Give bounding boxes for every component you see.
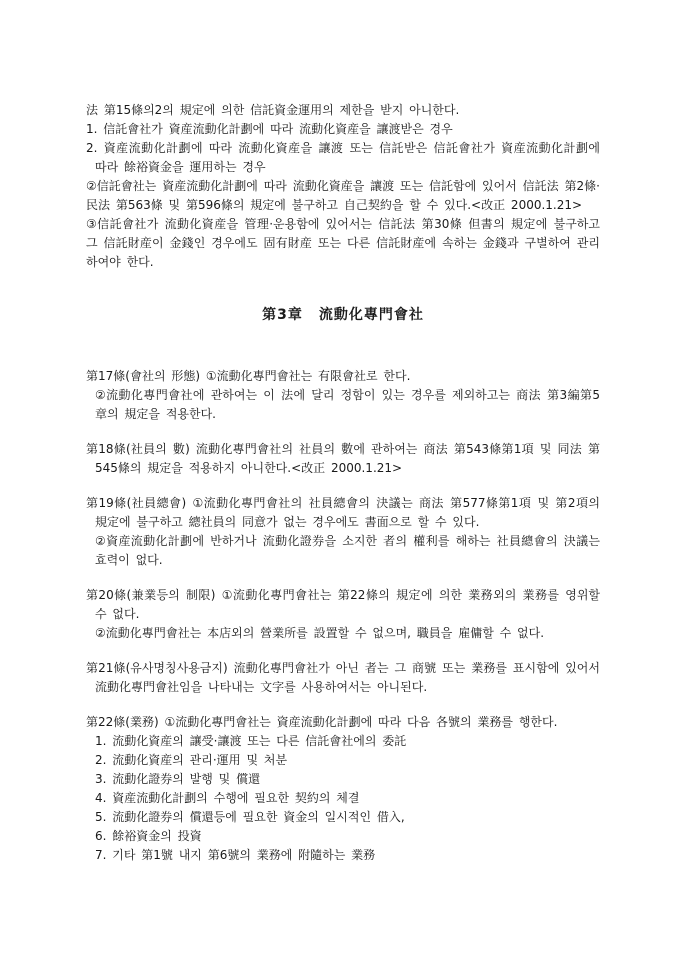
- intro-closing-line: 法 第15條의2의 規定에 의한 信託資金運用의 제한을 받지 아니한다.: [86, 101, 600, 120]
- chapter-heading: 第3章流動化專門會社: [86, 306, 600, 325]
- article-22-item-3: 3. 流動化證券의 발행 및 償還: [95, 770, 600, 789]
- article-17-clause-1: 第17條(會社의 形態) ①流動化專門會社는 有限會社로 한다.: [86, 367, 600, 386]
- article-18: 第18條(社員의 數) 流動化專門會社의 社員의 數에 관하여는 商法 第543…: [86, 440, 600, 478]
- article-22-item-1: 1. 流動化資産의 讓受·讓渡 또는 다른 信託會社에의 委託: [95, 732, 600, 751]
- article-21: 第21條(유사명칭사용금지) 流動化專門會社가 아닌 者는 그 商號 또는 業務…: [86, 659, 600, 697]
- article-20-clause-2: ②流動化專門會社는 本店외의 營業所를 設置할 수 없으며, 職員을 雇傭할 수…: [95, 624, 600, 643]
- intro-item-1: 1. 信託會社가 資産流動化計劃에 따라 流動化資産을 讓渡받은 경우: [86, 120, 600, 139]
- article-20-clause-1: 第20條(兼業등의 制限) ①流動化專門會社는 第22條의 規定에 의한 業務외…: [86, 586, 600, 624]
- article-19-clause-2: ②資産流動化計劃에 반하거나 流動化證券을 소지한 者의 權利를 해하는 社員總…: [95, 532, 600, 570]
- article-22-item-2: 2. 流動化資産의 관리·運用 및 처분: [95, 751, 600, 770]
- law-document-page: 法 第15條의2의 規定에 의한 信託資金運用의 제한을 받지 아니한다. 1.…: [86, 101, 600, 865]
- article-19-clause-1: 第19條(社員總會) ①流動化專門會社의 社員總會의 決議는 商法 第577條第…: [86, 494, 600, 532]
- article-20: 第20條(兼業등의 制限) ①流動化專門會社는 第22條의 規定에 의한 業務외…: [86, 586, 600, 643]
- article-21-text: 第21條(유사명칭사용금지) 流動化專門會社가 아닌 者는 그 商號 또는 業務…: [86, 659, 600, 697]
- chapter-number: 第3章: [262, 307, 303, 323]
- article-22-item-list: 1. 流動化資産의 讓受·讓渡 또는 다른 信託會社에의 委託 2. 流動化資産…: [86, 732, 600, 865]
- article-22-item-4: 4. 資産流動化計劃의 수행에 필요한 契約의 체결: [95, 789, 600, 808]
- article-18-text: 第18條(社員의 數) 流動化專門會社의 社員의 數에 관하여는 商法 第543…: [86, 440, 600, 478]
- article-17-clause-2: ②流動化專門會社에 관하여는 이 法에 달리 정함이 있는 경우를 제외하고는 …: [95, 386, 600, 424]
- article-22-item-7: 7. 기타 第1號 내지 第6號의 業務에 附隨하는 業務: [95, 846, 600, 865]
- article-17: 第17條(會社의 形態) ①流動化專門會社는 有限會社로 한다. ②流動化專門會…: [86, 367, 600, 424]
- intro-section: 法 第15條의2의 規定에 의한 信託資金運用의 제한을 받지 아니한다. 1.…: [86, 101, 600, 272]
- article-22-clause-1: 第22條(業務) ①流動化專門會社는 資産流動化計劃에 따라 다음 各號의 業務…: [86, 713, 600, 732]
- intro-item-2: 2. 資産流動化計劃에 따라 流動化資産을 讓渡 또는 信託받은 信託會社가 資…: [86, 139, 600, 177]
- article-22-item-6: 6. 餘裕資金의 投資: [95, 827, 600, 846]
- intro-clause-3: ③信託會社가 流動化資産을 管理·운용함에 있어서는 信託法 第30條 但書의 …: [86, 215, 600, 272]
- article-19: 第19條(社員總會) ①流動化專門會社의 社員總會의 決議는 商法 第577條第…: [86, 494, 600, 570]
- chapter-title: 流動化專門會社: [319, 307, 424, 323]
- article-22-item-5: 5. 流動化證券의 償還등에 필요한 資金의 일시적인 借入,: [95, 808, 600, 827]
- article-22: 第22條(業務) ①流動化專門會社는 資産流動化計劃에 따라 다음 各號의 業務…: [86, 713, 600, 865]
- intro-clause-2: ②信託會社는 資産流動化計劃에 따라 流動化資産을 讓渡 또는 信託함에 있어서…: [86, 177, 600, 215]
